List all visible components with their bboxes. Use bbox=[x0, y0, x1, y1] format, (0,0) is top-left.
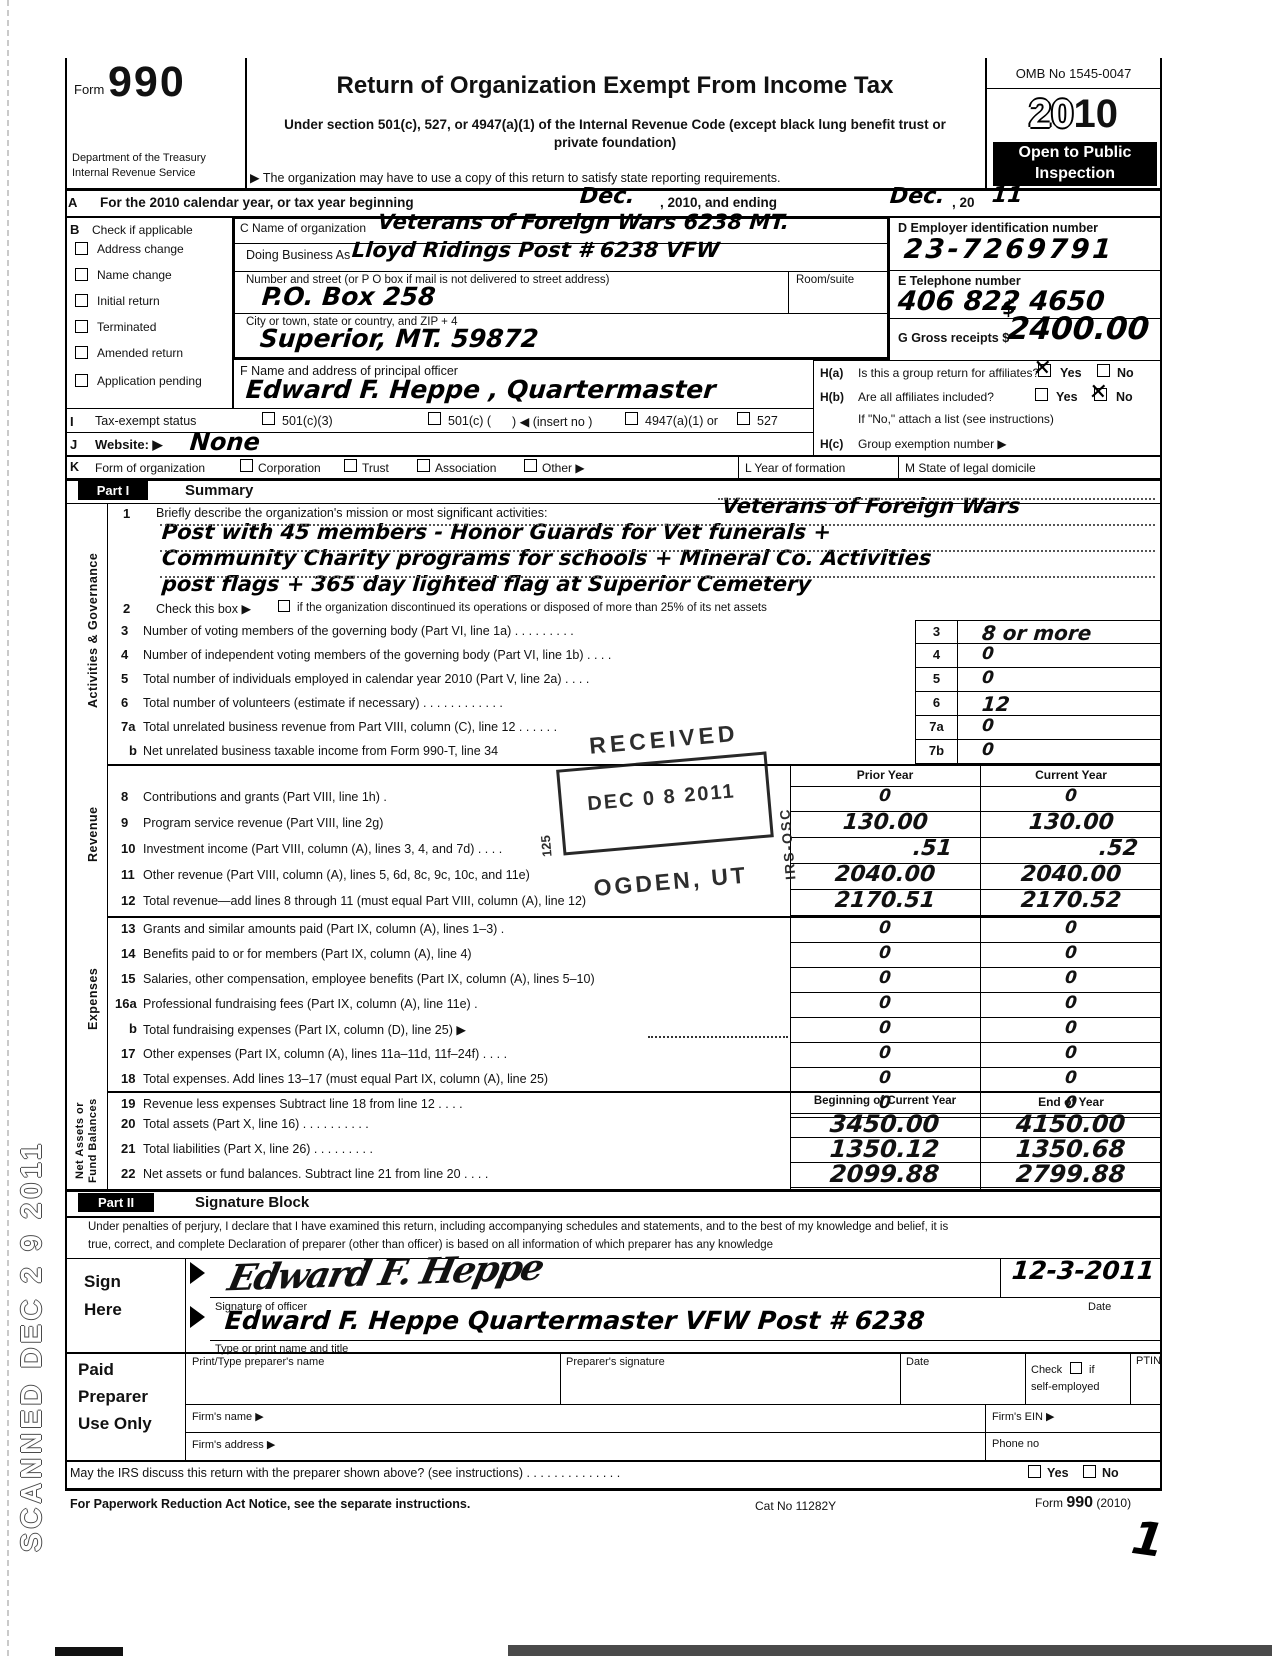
sign-arrow-icon bbox=[190, 1262, 205, 1284]
part2-title: Signature Block bbox=[195, 1194, 309, 1211]
paid-label: Paid bbox=[78, 1360, 114, 1380]
part2-tag: Part II bbox=[78, 1193, 154, 1212]
checkbox-discontinued bbox=[278, 600, 290, 612]
table-row: 16aProfessional fundraising fees (Part I… bbox=[107, 993, 1162, 1018]
checkbox-other bbox=[524, 459, 537, 472]
line-a-text: For the 2010 calendar year, or tax year … bbox=[100, 195, 414, 210]
ein-value: 23-7269791 bbox=[903, 234, 1116, 265]
col-prior-year: Prior Year bbox=[790, 768, 980, 782]
hb-no-mark: ✕ bbox=[1088, 380, 1109, 405]
sign-arrow-icon bbox=[190, 1306, 205, 1328]
form-990-page: Form 990 Department of the Treasury Inte… bbox=[0, 0, 1272, 1656]
sidebar-net-assets: Net Assets or Fund Balances bbox=[74, 1092, 100, 1189]
hb-text: Are all affiliates included? bbox=[858, 390, 994, 404]
form-word: Form bbox=[74, 82, 104, 97]
checkbox-ha-no bbox=[1097, 364, 1110, 377]
preparer-name-label: Print/Type preparer's name bbox=[192, 1356, 324, 1368]
tax-year: 2010 bbox=[987, 92, 1160, 137]
table-row: 20Total assets (Part X, line 16) . . . .… bbox=[107, 1113, 1162, 1138]
discuss-question: May the IRS discuss this return with the… bbox=[70, 1466, 620, 1480]
website-value: None bbox=[189, 428, 261, 456]
received-stamp-right: IRS-OSC bbox=[770, 730, 799, 881]
year-formation-label: L Year of formation bbox=[745, 461, 845, 475]
checkbox-discuss-no bbox=[1083, 1465, 1096, 1478]
ptin-label: PTIN bbox=[1136, 1355, 1161, 1367]
ha-yes-mark: ✕ bbox=[1032, 356, 1053, 381]
checkbox-amended-return bbox=[75, 346, 88, 359]
line2-num: 2 bbox=[123, 601, 130, 616]
line-a-middle: , 2010, and ending bbox=[660, 195, 777, 210]
preparer-date-label: Date bbox=[906, 1356, 929, 1368]
table-row: 3Number of voting members of the governi… bbox=[107, 620, 1162, 644]
firm-name-label: Firm's name ▶ bbox=[192, 1410, 264, 1423]
checkbox-self-employed bbox=[1070, 1362, 1082, 1374]
line-a-letter: A bbox=[68, 195, 77, 210]
org-form-label: Form of organization bbox=[95, 461, 205, 475]
hc-text: Group exemption number ▶ bbox=[858, 437, 1007, 451]
sign-label: Sign bbox=[84, 1272, 121, 1292]
tax-year-solid: 10 bbox=[1074, 92, 1119, 136]
checkbox-corporation bbox=[240, 459, 253, 472]
use-only-label: Use Only bbox=[78, 1414, 152, 1434]
table-row: 4Number of independent voting members of… bbox=[107, 644, 1162, 668]
asset-rows: 20Total assets (Part X, line 16) . . . .… bbox=[107, 1113, 1162, 1188]
table-row: 5Total number of individuals employed in… bbox=[107, 668, 1162, 692]
ha-text: Is this a group return for affiliates? bbox=[858, 366, 1039, 380]
street-value: P.O. Box 258 bbox=[261, 282, 437, 311]
open-to-public-box: Open to PublicInspection bbox=[993, 142, 1157, 186]
officer-value: Edward F. Heppe , Quartermaster bbox=[245, 375, 717, 404]
table-row: 17Other expenses (Part IX, column (A), l… bbox=[107, 1043, 1162, 1068]
line16b-dotted-blank bbox=[648, 1036, 788, 1038]
line1-num: 1 bbox=[123, 506, 130, 521]
table-row: 18Total expenses. Add lines 13–17 (must … bbox=[107, 1068, 1162, 1093]
ha-label: H(a) bbox=[820, 366, 843, 380]
ein-label: D Employer identification number bbox=[898, 221, 1098, 235]
table-row: 6Total number of volunteers (estimate if… bbox=[107, 692, 1162, 716]
paperwork-notice: For Paperwork Reduction Act Notice, see … bbox=[70, 1497, 470, 1511]
table-row: 22Net assets or fund balances. Subtract … bbox=[107, 1163, 1162, 1188]
gross-receipts-value: 2400.00 bbox=[1006, 311, 1150, 347]
preparer-label: Preparer bbox=[78, 1387, 148, 1407]
part1-title: Summary bbox=[185, 482, 253, 499]
sidebar-revenue: Revenue bbox=[86, 788, 100, 880]
table-row: bTotal fundraising expenses (Part IX, co… bbox=[107, 1018, 1162, 1043]
form-left-edge bbox=[65, 58, 67, 1488]
omb-number: OMB No 1545-0047 bbox=[990, 66, 1157, 81]
firm-address-label: Firm's address ▶ bbox=[192, 1438, 275, 1451]
col-current-year: Current Year bbox=[980, 768, 1162, 782]
date-label: Date bbox=[1088, 1301, 1111, 1313]
checkbox-501c bbox=[428, 412, 441, 425]
table-row: 21Total liabilities (Part X, line 26) . … bbox=[107, 1138, 1162, 1163]
checkbox-association bbox=[417, 459, 430, 472]
hb-label: H(b) bbox=[820, 390, 844, 404]
preparer-signature-label: Preparer's signature bbox=[566, 1356, 665, 1368]
dept-line1: Department of the Treasury bbox=[72, 152, 206, 164]
if-label: if bbox=[1089, 1364, 1095, 1376]
line-j-letter: J bbox=[70, 437, 77, 452]
form-subtitle: Under section 501(c), 527, or 4947(a)(1)… bbox=[280, 116, 950, 151]
box-b-letter: B bbox=[70, 222, 79, 237]
self-employed-label: self-employed bbox=[1031, 1381, 1099, 1393]
box-b-title: Check if applicable bbox=[92, 223, 193, 237]
tax-year-outline: 20 bbox=[1029, 92, 1074, 136]
form-number: 990 bbox=[108, 58, 186, 107]
cat-number: Cat No 11282Y bbox=[755, 1499, 836, 1513]
checkbox-terminated bbox=[75, 320, 88, 333]
typed-name-title: Edward F. Heppe Quartermaster VFW Post #… bbox=[224, 1306, 926, 1335]
checkbox-discuss-yes bbox=[1028, 1465, 1041, 1478]
checkbox-application-pending bbox=[75, 374, 88, 387]
checkbox-name-change bbox=[75, 268, 88, 281]
org-name-label: C Name of organization bbox=[240, 221, 366, 235]
gross-receipts-label: G Gross receipts $ bbox=[898, 331, 1009, 345]
sidebar-expenses: Expenses bbox=[86, 945, 100, 1053]
scan-edge-line bbox=[7, 0, 9, 1656]
checkbox-501c3 bbox=[262, 412, 275, 425]
checkbox-527 bbox=[737, 412, 750, 425]
col-end-year: End of Year bbox=[980, 1095, 1162, 1109]
check-label: Check bbox=[1031, 1364, 1062, 1376]
page-number-handwritten: 1 bbox=[1128, 1510, 1167, 1568]
line-a-end-text: , 20 bbox=[952, 195, 975, 210]
form-title: Return of Organization Exempt From Incom… bbox=[250, 72, 980, 100]
scanned-stamp: SCANNED DEC 2 9 2011 bbox=[16, 1132, 49, 1552]
table-row: 15Salaries, other compensation, employee… bbox=[107, 968, 1162, 993]
legal-domicile-label: M State of legal domicile bbox=[905, 461, 1036, 475]
dba-label: Doing Business As bbox=[246, 248, 350, 262]
hb-note: If "No," attach a list (see instructions… bbox=[858, 412, 1054, 426]
col-beginning-year: Beginning of Current Year bbox=[790, 1095, 980, 1107]
phone-no-label: Phone no bbox=[992, 1438, 1039, 1450]
dba-value: Lloyd Ridings Post # 6238 VFW bbox=[351, 238, 721, 262]
form-note: ▶ The organization may have to use a cop… bbox=[250, 170, 982, 185]
sidebar-governance: Activities & Governance bbox=[86, 528, 100, 733]
checkbox-4947a1 bbox=[625, 412, 638, 425]
officer-signature-scrawl: Edward F. Heppe bbox=[224, 1247, 546, 1300]
expense-rows: 13Grants and similar amounts paid (Part … bbox=[107, 918, 1162, 1118]
firm-ein-label: Firm's EIN ▶ bbox=[992, 1410, 1055, 1423]
perjury-line1: Under penalties of perjury, I declare th… bbox=[88, 1221, 1158, 1233]
tax-year-begin-value: Dec. bbox=[579, 184, 636, 209]
line-i-letter: I bbox=[70, 414, 74, 429]
here-label: Here bbox=[84, 1300, 122, 1320]
line1-label: Briefly describe the organization's miss… bbox=[156, 506, 547, 520]
checkbox-initial-return bbox=[75, 294, 88, 307]
checkbox-trust bbox=[344, 459, 357, 472]
table-row: 14Benefits paid to or for members (Part … bbox=[107, 943, 1162, 968]
org-name-value: Veterans of Foreign Wars 6238 MT. bbox=[377, 210, 790, 234]
perjury-line2: true, correct, and complete Declaration … bbox=[88, 1239, 1158, 1251]
line2-pre: Check this box ▶ bbox=[156, 601, 251, 616]
footer-form-id: Form 990 (2010) bbox=[1035, 1494, 1131, 1512]
checkbox-address-change bbox=[75, 242, 88, 255]
received-stamp: RECEIVED DEC 0 8 2011 125 IRS-OSC OGDEN,… bbox=[527, 715, 815, 928]
signature-date-value: 12-3-2011 bbox=[1011, 1256, 1156, 1285]
tax-year-end-value: Dec. bbox=[889, 184, 946, 209]
hc-label: H(c) bbox=[820, 437, 843, 451]
line2-post: if the organization discontinued its ope… bbox=[297, 602, 767, 614]
tax-exempt-label: Tax-exempt status bbox=[95, 414, 196, 428]
line-k-letter: K bbox=[70, 460, 79, 474]
checkbox-hb-yes bbox=[1035, 388, 1048, 401]
city-value: Superior, MT. 59872 bbox=[259, 324, 540, 353]
bottom-scan-bar bbox=[508, 1645, 1272, 1656]
dept-line2: Internal Revenue Service bbox=[72, 167, 196, 179]
table-row: 13Grants and similar amounts paid (Part … bbox=[107, 918, 1162, 943]
received-stamp-bottom: OGDEN, UT bbox=[568, 859, 775, 904]
bottom-scan-mark bbox=[55, 1647, 123, 1656]
website-label: Website: ▶ bbox=[95, 437, 163, 453]
tax-year-end-year: 11 bbox=[991, 183, 1024, 208]
room-suite-label: Room/suite bbox=[796, 274, 854, 286]
received-stamp-left: 125 bbox=[533, 777, 555, 858]
part1-tag: Part I bbox=[78, 481, 148, 500]
